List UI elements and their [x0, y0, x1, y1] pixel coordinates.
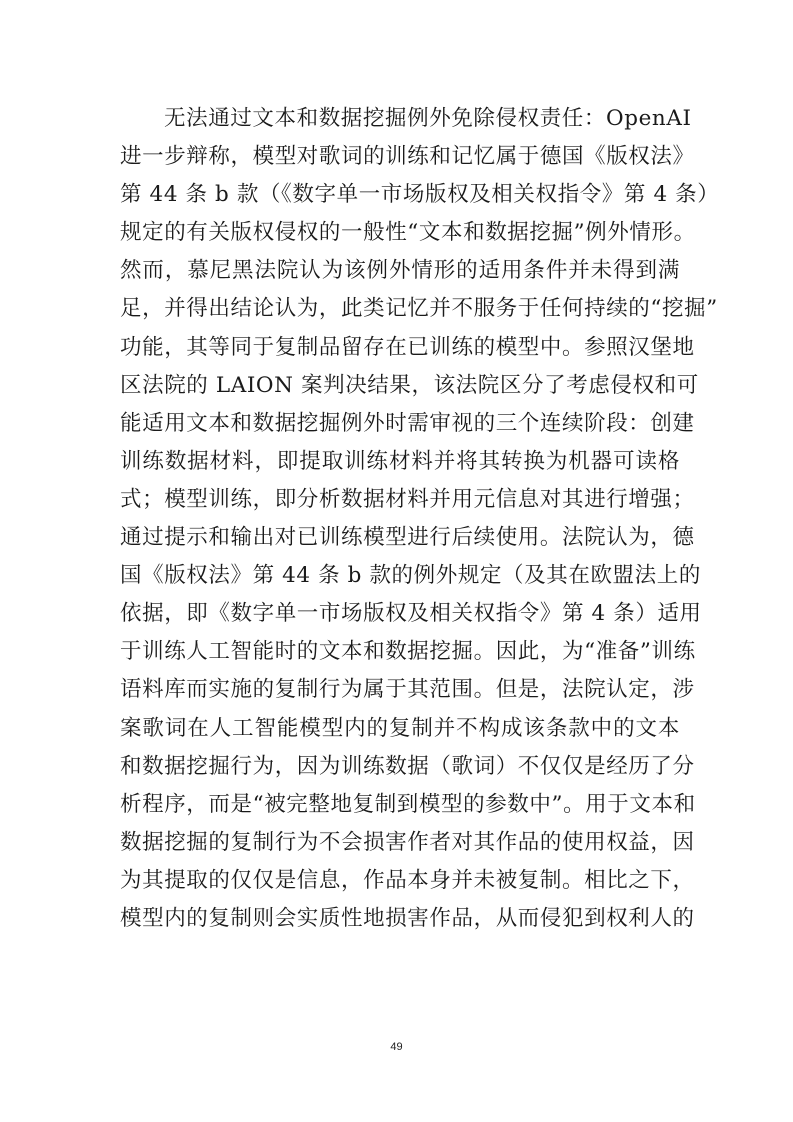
text-line: 国《版权法》第 44 条 b 款的例外规定（及其在欧盟法上的: [120, 557, 680, 595]
text-line: 能适用文本和数据挖掘例外时需审视的三个连续阶段：创建: [120, 405, 680, 443]
text-line: 于训练人工智能时的文本和数据挖掘。因此，为“准备”训练: [120, 633, 680, 671]
text-line: 模型内的复制则会实质性地损害作品，从而侵犯到权利人的: [120, 900, 680, 938]
body-paragraph: 无法通过文本和数据挖掘例外免除侵权责任：OpenAI 进一步辩称，模型对歌词的训…: [120, 100, 680, 938]
text-line: 为其提取的仅仅是信息，作品本身并未被复制。相比之下，: [120, 862, 680, 900]
text-line: 第 44 条 b 款（《数字单一市场版权及相关权指令》第 4 条）: [120, 176, 680, 214]
document-page: 无法通过文本和数据挖掘例外免除侵权责任：OpenAI 进一步辩称，模型对歌词的训…: [0, 0, 793, 1122]
text-line: 通过提示和输出对已训练模型进行后续使用。法院认为，德: [120, 519, 680, 557]
text-line: 语料库而实施的复制行为属于其范围。但是，法院认定，涉: [120, 671, 680, 709]
text-line: 训练数据材料，即提取训练材料并将其转换为机器可读格: [120, 443, 680, 481]
text-line: 足，并得出结论认为，此类记忆并不服务于任何持续的“挖掘”: [120, 290, 680, 328]
text-line: 依据，即《数字单一市场版权及相关权指令》第 4 条）适用: [120, 595, 680, 633]
text-line: 规定的有关版权侵权的一般性“文本和数据挖掘”例外情形。: [120, 214, 680, 252]
text-line: 进一步辩称，模型对歌词的训练和记忆属于德国《版权法》: [120, 138, 680, 176]
text-line: 无法通过文本和数据挖掘例外免除侵权责任：OpenAI: [120, 100, 680, 138]
text-line: 和数据挖掘行为，因为训练数据（歌词）不仅仅是经历了分: [120, 748, 680, 786]
text-line: 功能，其等同于复制品留存在已训练的模型中。参照汉堡地: [120, 329, 680, 367]
text-line: 区法院的 LAION 案判决结果，该法院区分了考虑侵权和可: [120, 367, 680, 405]
text-line: 式；模型训练，即分析数据材料并用元信息对其进行增强；: [120, 481, 680, 519]
text-line: 然而，慕尼黑法院认为该例外情形的适用条件并未得到满: [120, 252, 680, 290]
text-line: 析程序，而是“被完整地复制到模型的参数中”。用于文本和: [120, 786, 680, 824]
page-number: 49: [0, 1041, 793, 1053]
text-line: 案歌词在人工智能模型内的复制并不构成该条款中的文本: [120, 710, 680, 748]
text-line: 数据挖掘的复制行为不会损害作者对其作品的使用权益，因: [120, 824, 680, 862]
